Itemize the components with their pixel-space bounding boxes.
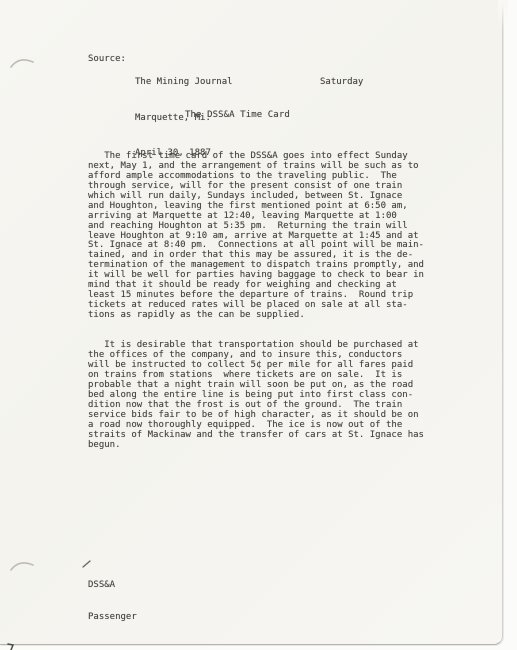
signature-block: DSS&A Passenger	[88, 559, 137, 643]
article-title: The DSS&A Time Card	[185, 111, 290, 121]
body-paragraph-1: The first time card of the DSS&A goes in…	[88, 152, 424, 321]
source-publication: The Mining Journal	[135, 77, 233, 89]
signature-railroad: DSS&A	[88, 580, 137, 591]
day-of-week: Saturday	[320, 77, 363, 89]
page-edge-fade	[498, 0, 508, 30]
article-body: The first time card of the DSS&A goes in…	[88, 132, 424, 470]
body-paragraph-2: It is desirable that transportation shou…	[88, 341, 424, 450]
signature-category: Passenger	[88, 612, 137, 623]
scanned-document-screen: Source: The Mining Journal Marquette, Mi…	[0, 0, 517, 650]
source-label: Source:	[88, 54, 126, 66]
